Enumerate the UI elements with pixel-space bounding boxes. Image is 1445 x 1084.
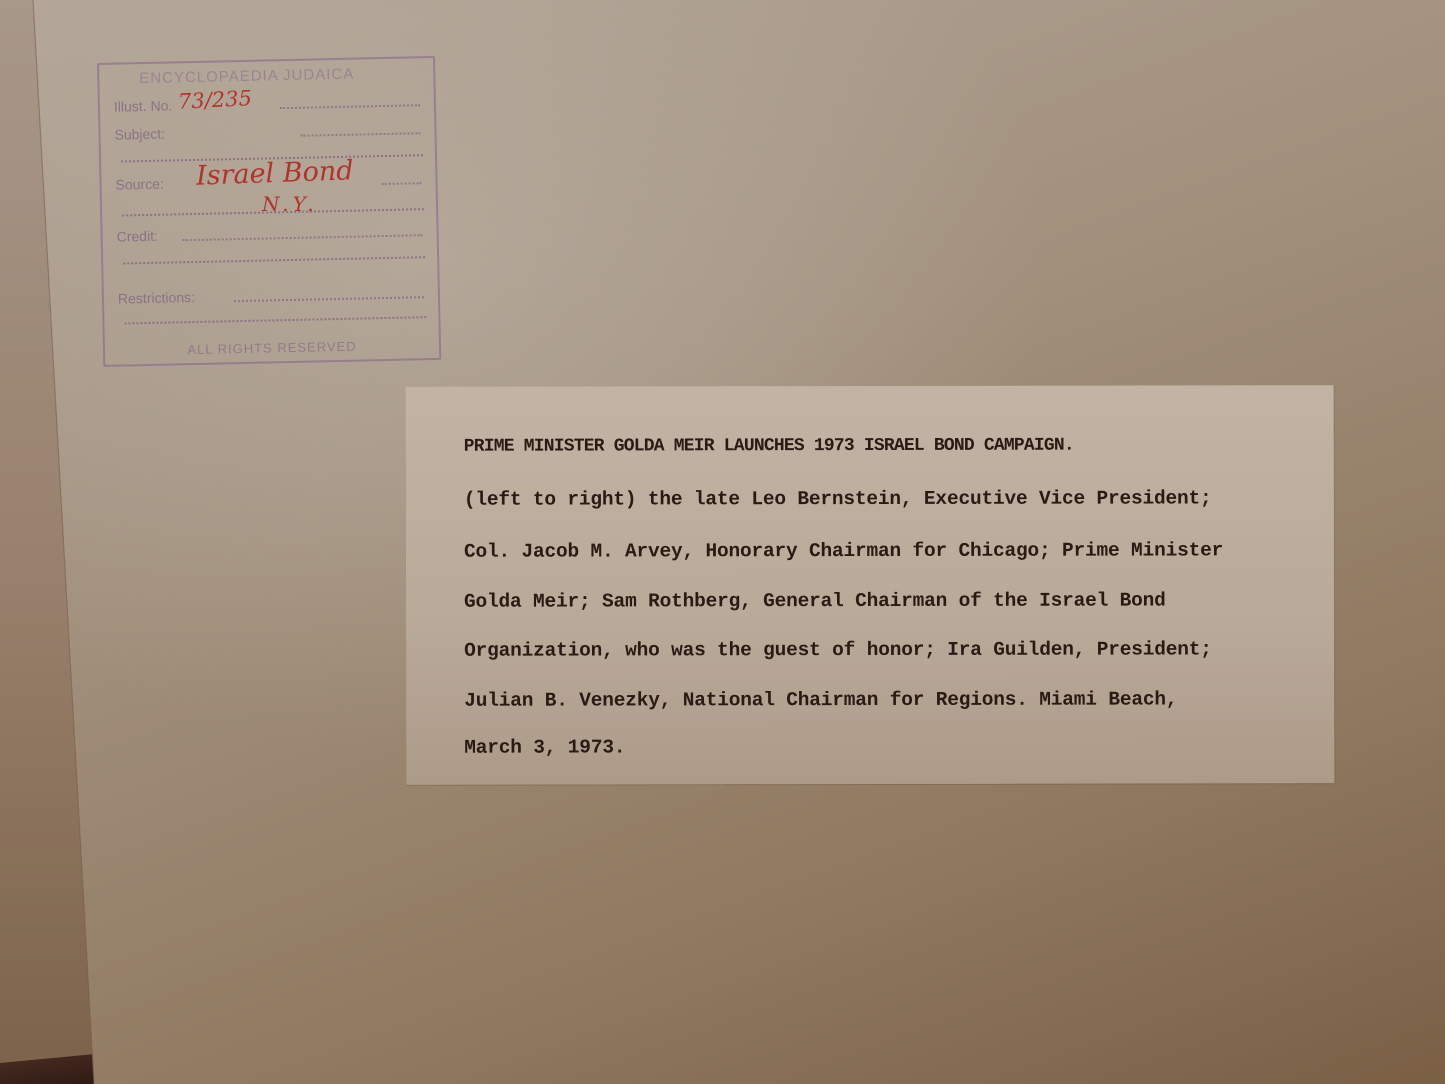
caption-line: (left to right) the late Leo Bernstein, … [464, 487, 1212, 510]
stamp-label-illust: Illust. No. [114, 97, 173, 114]
stamp-dotted-line [183, 234, 423, 241]
stamp-field-credit: Credit: [116, 218, 422, 246]
stamp-field-illust: Illust. No. [114, 88, 420, 116]
caption-line: Organization, who was the guest of honor… [464, 638, 1212, 661]
handwritten-illust-number: 73/235 [177, 86, 252, 114]
stamp-label-restrictions: Restrictions: [118, 289, 195, 307]
handwritten-source-city: N.Y. [262, 192, 318, 216]
stamp-rule [124, 316, 426, 324]
stamp-dotted-line [234, 296, 424, 302]
stamp-header: ENCYCLOPAEDIA JUDAICA [139, 66, 354, 87]
caption-title: PRIME MINISTER GOLDA MEIR LAUNCHES 1973 … [464, 436, 1074, 457]
stamp-rule [123, 256, 425, 264]
caption-line: Julian B. Venezky, National Chairman for… [464, 688, 1177, 711]
caption-line: March 3, 1973. [464, 736, 625, 758]
stamp-dotted-line [301, 132, 421, 137]
caption-line: Golda Meir; Sam Rothberg, General Chairm… [464, 589, 1166, 612]
stamp-field-restrictions: Restrictions: [118, 280, 424, 308]
stamp-footer: ALL RIGHTS RESERVED [105, 337, 439, 359]
stamp-label-source: Source: [115, 176, 164, 193]
stamp-label-subject: Subject: [114, 126, 165, 143]
stamp-dotted-line [382, 182, 422, 185]
stamp-label-credit: Credit: [116, 228, 158, 245]
stamp-field-subject: Subject: [114, 116, 420, 144]
handwritten-source: Israel Bond [196, 155, 354, 191]
stamp-dotted-line [280, 104, 420, 109]
caption-label: PRIME MINISTER GOLDA MEIR LAUNCHES 1973 … [406, 385, 1335, 785]
caption-line: Col. Jacob M. Arvey, Honorary Chairman f… [464, 539, 1223, 562]
